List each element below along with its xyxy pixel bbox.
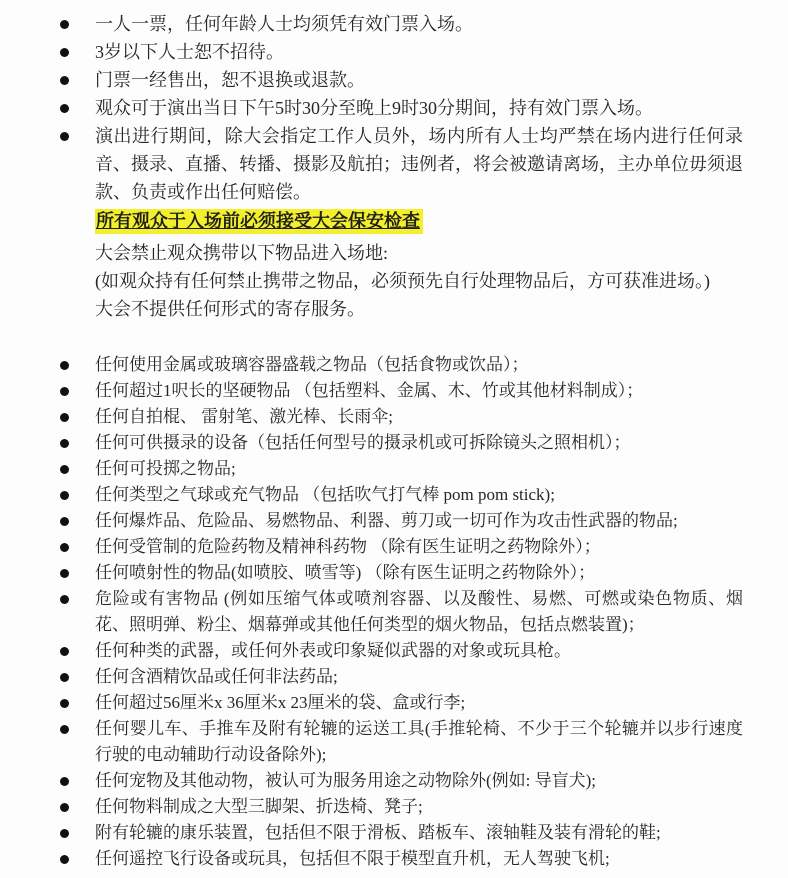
bullet-icon (60, 829, 69, 838)
prohibited-item: 任何使用金属或玻璃容器盛载之物品（包括食物或饮品）； (0, 352, 788, 378)
prohibited-items-list: 任何使用金属或玻璃容器盛载之物品（包括食物或饮品）； 任何超过1呎长的坚硬物品 … (0, 352, 788, 872)
prohibited-item-text: 任何使用金属或玻璃容器盛载之物品（包括食物或饮品）； (95, 355, 529, 374)
bullet-icon (60, 595, 69, 604)
security-check-heading-row: 所有观众于入场前必须接受大会保安检查 (95, 209, 743, 234)
prohibited-item: 任何宠物及其他动物，被认可为服务用途之动物除外(例如: 导盲犬); (0, 768, 788, 794)
rule-text: 一人一票，任何年龄人士均须凭有效门票入场。 (95, 14, 473, 34)
bullet-icon (60, 104, 69, 113)
prohibited-item: 任何自拍棍、 雷射笔、激光棒、长雨伞; (0, 404, 788, 430)
prohibited-item-text: 任何可供摄录的设备（包括任何型号的摄录机或可拆除镜头之照相机）； (95, 433, 631, 452)
prohibited-item: 附有轮辘的康乐装置，包括但不限于滑板、踏板车、滚轴鞋及装有滑轮的鞋; (0, 820, 788, 846)
prohibited-item-text: 任何婴儿车、手推车及附有轮辘的运送工具(手推轮椅、不少于三个轮辘并以步行速度行驶… (95, 719, 743, 764)
prohibited-item-text: 附有轮辘的康乐装置，包括但不限于滑板、踏板车、滚轴鞋及装有滑轮的鞋; (95, 823, 661, 842)
rule-text: 门票一经售出，恕不退换或退款。 (95, 70, 365, 90)
bullet-icon (60, 855, 69, 864)
rule-item: 3岁以下人士恕不招待。 (0, 38, 788, 66)
prohibited-item: 任何受管制的危险药物及精神科药物 （除有医生证明之药物除外）； (0, 534, 788, 560)
bullet-icon (60, 132, 69, 141)
rule-item: 观众可于演出当日下午5时30分至晚上9时30分期间，持有效门票入场。 (0, 94, 788, 122)
prohibited-item-text: 任何超过1呎长的坚硬物品 （包括塑料、金属、木、竹或其他材料制成）； (95, 381, 643, 400)
prohibited-item-text: 任何含酒精饮品或任何非法药品; (95, 667, 338, 686)
admission-rules-document: 一人一票，任何年龄人士均须凭有效门票入场。 3岁以下人士恕不招待。 门票一经售出… (0, 0, 788, 878)
bullet-icon (60, 543, 69, 552)
prohibited-item: 任何类型之气球或充气物品 （包括吹气打气棒 pom pom stick); (0, 482, 788, 508)
prohibited-item-text: 任何宠物及其他动物，被认可为服务用途之动物除外(例如: 导盲犬); (95, 771, 596, 790)
prohibited-item: 任何可投掷之物品; (0, 456, 788, 482)
prohibited-item: 任何喷射性的物品(如喷胶、喷雪等) （除有医生证明之药物除外）； (0, 560, 788, 586)
bullet-icon (60, 673, 69, 682)
prohibited-item-text: 任何超过56厘米x 36厘米x 23厘米的袋、盒或行李; (95, 693, 465, 712)
rule-text: 演出进行期间，除大会指定工作人员外，场内所有人士均严禁在场内进行任何录音、摄录、… (95, 126, 743, 202)
prohibited-item-text: 任何物料制成之大型三脚架、折迭椅、凳子; (95, 797, 423, 816)
bullet-icon (60, 413, 69, 422)
rule-item: 门票一经售出，恕不退换或退款。 (0, 66, 788, 94)
prohibited-item-text: 任何种类的武器，或任何外表或印象疑似武器的对象或玩具枪。 (95, 641, 571, 660)
prohibited-item: 任何超过56厘米x 36厘米x 23厘米的袋、盒或行李; (0, 690, 788, 716)
bullet-icon (60, 465, 69, 474)
security-check-heading: 所有观众于入场前必须接受大会保安检查 (95, 209, 423, 234)
bullet-icon (60, 569, 69, 578)
notice-paragraph: (如观众持有任何禁止携带之物品，必须预先自行处理物品后，方可获准进场。) (0, 267, 788, 295)
rule-item: 一人一票，任何年龄人士均须凭有效门票入场。 (0, 10, 788, 38)
prohibited-item-text: 危险或有害物品 (例如压缩气体或喷剂容器、以及酸性、易燃、可燃或染色物质、烟花、… (95, 589, 743, 634)
bullet-icon (60, 803, 69, 812)
prohibited-item: 任何遥控飞行设备或玩具，包括但不限于模型直升机，无人驾驶飞机; (0, 846, 788, 872)
bullet-icon (60, 699, 69, 708)
bullet-icon (60, 517, 69, 526)
entry-rules-list: 一人一票，任何年龄人士均须凭有效门票入场。 3岁以下人士恕不招待。 门票一经售出… (0, 10, 788, 206)
prohibited-item: 任何物料制成之大型三脚架、折迭椅、凳子; (0, 794, 788, 820)
prohibited-item: 任何超过1呎长的坚硬物品 （包括塑料、金属、木、竹或其他材料制成）； (0, 378, 788, 404)
notice-paragraph: 大会禁止观众携带以下物品进入场地: (0, 239, 788, 267)
prohibited-item-text: 任何受管制的危险药物及精神科药物 （除有医生证明之药物除外）； (95, 537, 601, 556)
bullet-icon (60, 777, 69, 786)
rule-item: 演出进行期间，除大会指定工作人员外，场内所有人士均严禁在场内进行任何录音、摄录、… (0, 122, 788, 206)
notice-paragraph: 大会不提供任何形式的寄存服务。 (0, 295, 788, 323)
prohibited-item: 任何含酒精饮品或任何非法药品; (0, 664, 788, 690)
prohibited-item-text: 任何喷射性的物品(如喷胶、喷雪等) （除有医生证明之药物除外）； (95, 563, 595, 582)
bullet-icon (60, 76, 69, 85)
rule-text: 观众可于演出当日下午5时30分至晚上9时30分期间，持有效门票入场。 (95, 98, 653, 118)
prohibited-item-text: 任何遥控飞行设备或玩具，包括但不限于模型直升机，无人驾驶飞机; (95, 849, 610, 868)
prohibited-item: 任何爆炸品、危险品、易燃物品、利器、剪刀或一切可作为攻击性武器的物品; (0, 508, 788, 534)
bullet-icon (60, 361, 69, 370)
prohibited-item: 任何婴儿车、手推车及附有轮辘的运送工具(手推轮椅、不少于三个轮辘并以步行速度行驶… (0, 716, 788, 768)
bullet-icon (60, 647, 69, 656)
prohibited-item: 危险或有害物品 (例如压缩气体或喷剂容器、以及酸性、易燃、可燃或染色物质、烟花、… (0, 586, 788, 638)
bullet-icon (60, 491, 69, 500)
bullet-icon (60, 20, 69, 29)
prohibited-item: 任何种类的武器，或任何外表或印象疑似武器的对象或玩具枪。 (0, 638, 788, 664)
prohibited-item-text: 任何爆炸品、危险品、易燃物品、利器、剪刀或一切可作为攻击性武器的物品; (95, 511, 678, 530)
prohibited-item-text: 任何自拍棍、 雷射笔、激光棒、长雨伞; (95, 407, 393, 426)
prohibited-item-text: 任何类型之气球或充气物品 （包括吹气打气棒 pom pom stick); (95, 485, 555, 504)
bullet-icon (60, 725, 69, 734)
bullet-icon (60, 439, 69, 448)
rule-text: 3岁以下人士恕不招待。 (95, 42, 284, 62)
prohibited-item: 任何可供摄录的设备（包括任何型号的摄录机或可拆除镜头之照相机）； (0, 430, 788, 456)
bullet-icon (60, 48, 69, 57)
prohibited-item-text: 任何可投掷之物品; (95, 459, 236, 478)
bullet-icon (60, 387, 69, 396)
